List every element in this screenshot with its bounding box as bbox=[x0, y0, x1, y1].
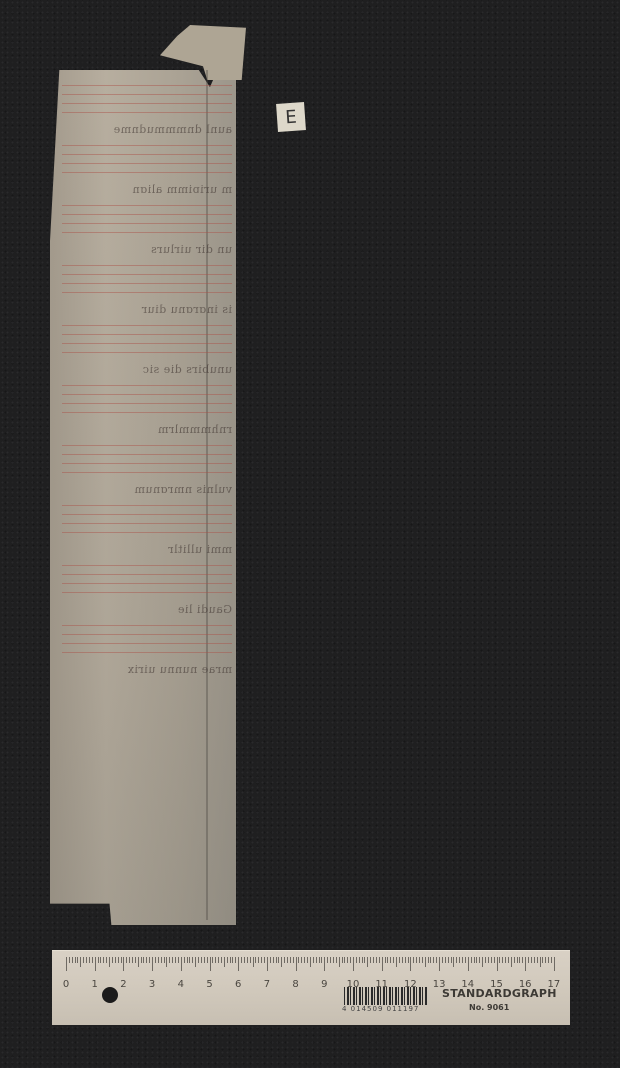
ruler-tick bbox=[250, 957, 251, 963]
text-line: is ingrgnu diur bbox=[66, 303, 232, 313]
ruler-tick bbox=[342, 957, 343, 963]
text-line: m uripimm aliqn bbox=[66, 183, 232, 193]
staff-line bbox=[62, 85, 232, 86]
staff-line bbox=[62, 325, 232, 326]
ruler-tick bbox=[362, 957, 363, 963]
ruler-tick bbox=[143, 957, 144, 963]
ruler-tick bbox=[517, 957, 518, 963]
ruler-tick bbox=[77, 957, 78, 963]
staff-line bbox=[62, 403, 232, 404]
staff-line bbox=[62, 172, 232, 173]
ruler-tick bbox=[514, 957, 515, 963]
staff-line bbox=[62, 445, 232, 446]
staff-line bbox=[62, 412, 232, 413]
ruler-brand: STANDARDGRAPH bbox=[442, 987, 557, 1000]
ruler-tick bbox=[462, 957, 463, 963]
ruler-tick bbox=[353, 957, 354, 971]
ruler-tick bbox=[367, 957, 368, 967]
scale-ruler: 01234567891011121314151617 4 014509 0111… bbox=[52, 950, 570, 1025]
ruler-tick bbox=[430, 957, 431, 963]
staff-line bbox=[62, 274, 232, 275]
ruler-tick bbox=[497, 957, 498, 971]
ruler-tick bbox=[405, 957, 406, 963]
ruler-tick bbox=[554, 957, 555, 971]
ruler-tick bbox=[451, 957, 452, 963]
ruler-tick bbox=[537, 957, 538, 963]
staff-line bbox=[62, 565, 232, 566]
staff-line bbox=[62, 625, 232, 626]
ruler-tick bbox=[474, 957, 475, 963]
text-line: vulnis nmrgnum bbox=[66, 483, 232, 493]
ruler-tick bbox=[201, 957, 202, 963]
staff-line bbox=[62, 334, 232, 335]
ruler-tick bbox=[304, 957, 305, 963]
ruler-tick bbox=[408, 957, 409, 963]
ruler-tick bbox=[158, 957, 159, 963]
ruler-tick bbox=[336, 957, 337, 963]
ruler-tick bbox=[459, 957, 460, 963]
ruler-tick bbox=[172, 957, 173, 963]
ruler-tick bbox=[456, 957, 457, 963]
ruler-tick bbox=[339, 957, 340, 967]
ruler-tick bbox=[258, 957, 259, 963]
ruler-tick bbox=[390, 957, 391, 963]
ruler-tick bbox=[215, 957, 216, 963]
text-line: mmi ullitlr bbox=[66, 543, 232, 553]
ruler-tick bbox=[241, 957, 242, 963]
staff-line bbox=[62, 352, 232, 353]
ruler-tick bbox=[166, 957, 167, 967]
ruler-number: 1 bbox=[92, 979, 98, 990]
ruler-tick bbox=[508, 957, 509, 963]
staff-line bbox=[62, 163, 232, 164]
staff-line bbox=[62, 583, 232, 584]
ruler-tick bbox=[387, 957, 388, 963]
ruler-tick bbox=[321, 957, 322, 963]
ruler-tick bbox=[485, 957, 486, 963]
text-line: aunl dnmmmudnme bbox=[66, 123, 232, 133]
ruler-tick bbox=[66, 957, 67, 971]
ruler-tick bbox=[327, 957, 328, 963]
ruler-number: 3 bbox=[149, 979, 155, 990]
ruler-tick bbox=[92, 957, 93, 963]
ruler-tick bbox=[425, 957, 426, 967]
ruler-number: 8 bbox=[292, 979, 298, 990]
ruler-tick bbox=[95, 957, 96, 971]
ruler-tick bbox=[235, 957, 236, 963]
ruler-tick bbox=[330, 957, 331, 963]
ruler-tick bbox=[278, 957, 279, 963]
ruler-tick bbox=[453, 957, 454, 967]
text-line: unubirs die sic bbox=[66, 363, 232, 373]
ruler-tick bbox=[428, 957, 429, 963]
ruler-tick bbox=[476, 957, 477, 963]
staff-line bbox=[62, 214, 232, 215]
ruler-tick bbox=[396, 957, 397, 967]
ruler-tick bbox=[419, 957, 420, 963]
staff-line bbox=[62, 574, 232, 575]
ruler-tick bbox=[436, 957, 437, 963]
ruler-tick bbox=[276, 957, 277, 963]
staff-line bbox=[62, 265, 232, 266]
ruler-number: 6 bbox=[235, 979, 241, 990]
ruler-tick bbox=[310, 957, 311, 967]
ruler-tick bbox=[187, 957, 188, 963]
ruler-tick bbox=[195, 957, 196, 967]
ruler-tick bbox=[413, 957, 414, 963]
ruler-tick bbox=[522, 957, 523, 963]
staff-line bbox=[62, 454, 232, 455]
ruler-tick bbox=[72, 957, 73, 963]
ruler-tick bbox=[359, 957, 360, 963]
ruler-tick bbox=[531, 957, 532, 963]
ruler-tick bbox=[100, 957, 101, 963]
ruler-tick bbox=[287, 957, 288, 963]
ruler-tick bbox=[273, 957, 274, 963]
ruler-tick bbox=[212, 957, 213, 963]
staff-line bbox=[62, 103, 232, 104]
ruler-tick bbox=[184, 957, 185, 963]
ruler-tick bbox=[488, 957, 489, 963]
ruler-tick bbox=[356, 957, 357, 963]
ruler-tick bbox=[103, 957, 104, 963]
ruler-tick bbox=[542, 957, 543, 963]
ruler-tick bbox=[267, 957, 268, 971]
ruler-tick bbox=[313, 957, 314, 963]
ruler-tick bbox=[482, 957, 483, 967]
ruler-tick bbox=[152, 957, 153, 971]
ruler-tick bbox=[83, 957, 84, 963]
ruler-tick bbox=[324, 957, 325, 971]
ruler-number: 7 bbox=[264, 979, 270, 990]
ruler-tick bbox=[230, 957, 231, 963]
staff-line bbox=[62, 394, 232, 395]
ruler-tick bbox=[89, 957, 90, 963]
ruler-tick bbox=[376, 957, 377, 963]
ruler-tick bbox=[347, 957, 348, 963]
ruler-tick bbox=[210, 957, 211, 971]
staff-line bbox=[62, 652, 232, 653]
ruler-tick bbox=[316, 957, 317, 963]
ruler-tick bbox=[344, 957, 345, 963]
ruler-tick bbox=[301, 957, 302, 963]
ruler-tick bbox=[146, 957, 147, 963]
ruler-tick bbox=[284, 957, 285, 963]
ruler-tick bbox=[138, 957, 139, 967]
ruler-tick bbox=[189, 957, 190, 963]
ruler-tick bbox=[307, 957, 308, 963]
ruler-tick bbox=[548, 957, 549, 963]
ruler-tick bbox=[519, 957, 520, 963]
staff-line bbox=[62, 343, 232, 344]
staff-line bbox=[62, 385, 232, 386]
staff-line bbox=[62, 292, 232, 293]
staff-line bbox=[62, 232, 232, 233]
ruler-tick bbox=[540, 957, 541, 967]
ruler-tick bbox=[155, 957, 156, 963]
staff-line bbox=[62, 514, 232, 515]
ruler-tick bbox=[296, 957, 297, 971]
ruler-tick bbox=[204, 957, 205, 963]
ruler-tick bbox=[370, 957, 371, 963]
ruler-tick bbox=[528, 957, 529, 963]
ruler-tick bbox=[491, 957, 492, 963]
ruler-tick bbox=[422, 957, 423, 963]
ruler-tick bbox=[445, 957, 446, 963]
staff-line bbox=[62, 634, 232, 635]
ruler-model: No. 9061 bbox=[469, 1003, 509, 1012]
ruler-tick bbox=[471, 957, 472, 963]
staff-line bbox=[62, 223, 232, 224]
fragment-label: E bbox=[276, 102, 306, 132]
ruler-tick bbox=[178, 957, 179, 963]
ruler-tick bbox=[264, 957, 265, 963]
ruler-tick bbox=[379, 957, 380, 963]
ruler-tick bbox=[175, 957, 176, 963]
ruler-tick bbox=[135, 957, 136, 963]
staff-line bbox=[62, 505, 232, 506]
ruler-tick bbox=[298, 957, 299, 963]
ruler-tick bbox=[112, 957, 113, 963]
ruler-tick bbox=[502, 957, 503, 963]
staff-line bbox=[62, 205, 232, 206]
ruler-tick bbox=[270, 957, 271, 963]
ruler-tick bbox=[123, 957, 124, 971]
ruler-tick bbox=[545, 957, 546, 963]
ruler-tick bbox=[439, 957, 440, 971]
ruler-tick bbox=[126, 957, 127, 963]
staff-line bbox=[62, 472, 232, 473]
ruler-tick bbox=[525, 957, 526, 971]
barcode-number: 4 014509 011197 bbox=[342, 1005, 419, 1013]
ruler-tick bbox=[115, 957, 116, 963]
staff-line bbox=[62, 94, 232, 95]
ruler-number: 9 bbox=[321, 979, 327, 990]
text-line: un dir uirlurs bbox=[66, 243, 232, 253]
ruler-tick bbox=[479, 957, 480, 963]
ruler-tick bbox=[494, 957, 495, 963]
ruler-tick bbox=[109, 957, 110, 967]
staff-line bbox=[62, 643, 232, 644]
ruler-tick bbox=[80, 957, 81, 967]
staff-line bbox=[62, 592, 232, 593]
ruler-tick bbox=[69, 957, 70, 963]
ruler-tick bbox=[281, 957, 282, 967]
ruler-ticks: 01234567891011121314151617 bbox=[66, 957, 554, 975]
staff-line bbox=[62, 112, 232, 113]
ruler-tick bbox=[106, 957, 107, 963]
ruler-tick bbox=[393, 957, 394, 963]
ruler-tick bbox=[238, 957, 239, 971]
ruler-tick bbox=[468, 957, 469, 971]
ruler-tick bbox=[261, 957, 262, 963]
text-line: rnhmmmlrm bbox=[66, 423, 232, 433]
ruler-tick bbox=[534, 957, 535, 963]
ruler-tick bbox=[118, 957, 119, 963]
ruler-tick bbox=[149, 957, 150, 963]
ruler-number: 0 bbox=[63, 979, 69, 990]
music-staves: aunl dnmmmudnmem uripimm aliqnun dir uir… bbox=[62, 85, 232, 705]
staff-line bbox=[62, 532, 232, 533]
ruler-tick bbox=[169, 957, 170, 963]
ruler-tick bbox=[121, 957, 122, 963]
staff-line bbox=[62, 154, 232, 155]
ruler-tick bbox=[232, 957, 233, 963]
ruler-tick bbox=[247, 957, 248, 963]
ruler-tick bbox=[333, 957, 334, 963]
ruler-tick bbox=[416, 957, 417, 963]
ruler-tick bbox=[290, 957, 291, 963]
staff-line bbox=[62, 523, 232, 524]
ruler-tick bbox=[181, 957, 182, 971]
ruler-tick bbox=[221, 957, 222, 963]
ruler-tick bbox=[382, 957, 383, 971]
ruler-tick bbox=[227, 957, 228, 963]
ruler-tick bbox=[499, 957, 500, 963]
ruler-tick bbox=[86, 957, 87, 963]
text-line: Gaudi lie bbox=[66, 603, 232, 613]
ruler-tick bbox=[164, 957, 165, 963]
ruler-tick bbox=[129, 957, 130, 963]
staff-line bbox=[62, 283, 232, 284]
ruler-tick bbox=[293, 957, 294, 963]
ruler-tick bbox=[350, 957, 351, 963]
ruler-tick bbox=[373, 957, 374, 963]
ruler-hole bbox=[102, 987, 118, 1003]
ruler-tick bbox=[511, 957, 512, 967]
ruler-tick bbox=[255, 957, 256, 963]
ruler-tick bbox=[402, 957, 403, 963]
ruler-tick bbox=[75, 957, 76, 963]
text-line: mrae nunnu uirix bbox=[66, 663, 232, 673]
ruler-tick bbox=[218, 957, 219, 963]
ruler-tick bbox=[465, 957, 466, 963]
ruler-tick bbox=[161, 957, 162, 963]
ruler-tick bbox=[224, 957, 225, 967]
staff-line bbox=[62, 145, 232, 146]
ruler-tick bbox=[399, 957, 400, 963]
ruler-tick bbox=[364, 957, 365, 963]
ruler-tick bbox=[433, 957, 434, 963]
ruler-number: 4 bbox=[178, 979, 184, 990]
ruler-tick bbox=[141, 957, 142, 963]
ruler-tick bbox=[410, 957, 411, 971]
ruler-tick bbox=[207, 957, 208, 963]
ruler-tick bbox=[551, 957, 552, 963]
ruler-tick bbox=[192, 957, 193, 963]
ruler-number: 2 bbox=[120, 979, 126, 990]
ruler-tick bbox=[253, 957, 254, 967]
barcode bbox=[344, 987, 428, 1005]
staff-line bbox=[62, 463, 232, 464]
ruler-tick bbox=[98, 957, 99, 963]
ruler-tick bbox=[385, 957, 386, 963]
ruler-tick bbox=[198, 957, 199, 963]
ruler-tick bbox=[442, 957, 443, 963]
ruler-tick bbox=[319, 957, 320, 963]
ruler-tick bbox=[448, 957, 449, 963]
ruler-number: 5 bbox=[206, 979, 212, 990]
ruler-tick bbox=[505, 957, 506, 963]
ruler-tick bbox=[244, 957, 245, 963]
ruler-tick bbox=[132, 957, 133, 963]
